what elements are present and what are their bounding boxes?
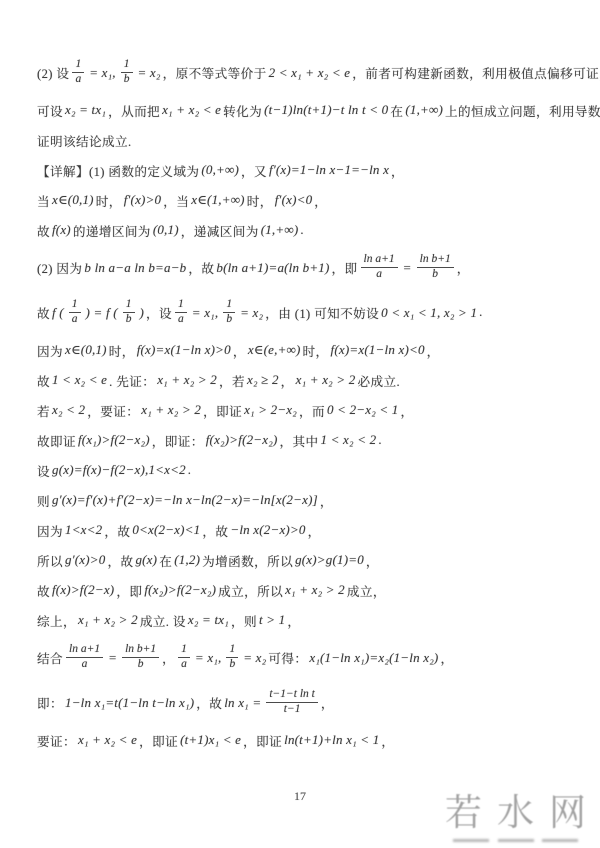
watermark: 若水网 [445, 782, 586, 842]
math-segment: 1 < x₂ < 2 [318, 432, 378, 448]
text-segment: ，故 [188, 258, 214, 277]
math-segment: x∈(0,1) [50, 192, 96, 208]
text-segment: ，故 [107, 551, 133, 570]
math-segment: ln x₁ = [222, 695, 263, 711]
text-segment: . [188, 463, 192, 478]
fraction: ln b+1b [417, 253, 454, 282]
content-line: 结合ln a+1a=ln b+1b，1a= x₁,1b= x₂可得：x₁(1−l… [37, 635, 574, 680]
math-segment: 0<x(2−x)<1 [130, 522, 202, 538]
math-segment: = [401, 260, 414, 276]
math-segment: (0,1) [151, 222, 181, 238]
content-line: (2) 因为b ln a−a ln b=a−b，故b(ln a+1)=a(ln … [37, 245, 574, 290]
math-segment: 0 < 2−x₂ < 1 [325, 402, 401, 418]
text-segment: 时， [96, 191, 122, 210]
text-segment: ，若 [219, 371, 245, 390]
math-segment: x₁ + x₂ > 2 [76, 612, 140, 628]
content-line: 所以g′(x)>0，故g(x)在(1,2)为增函数，所以g(x)>g(1)=0， [37, 545, 574, 575]
text-segment: 的递增区间为 [73, 221, 151, 240]
math-segment: f′(x)>0 [122, 192, 164, 208]
text-segment: ， [391, 161, 404, 180]
math-segment: f′(x)<0 [273, 192, 315, 208]
content-line: 故f(x)>f(2−x)，即f(x₂)>f(2−x₂)成立，所以x₁ + x₂ … [37, 575, 574, 605]
content-line: 故1 < x₂ < e. 先证：x₁ + x₂ > 2，若x₂ ≥ 2，x₁ +… [37, 365, 574, 395]
math-segment: f(x)=x(1−ln x)<0 [329, 342, 427, 358]
watermark-caption [445, 839, 586, 842]
math-segment: x₂ < 2 [50, 402, 87, 418]
text-segment: 故 [37, 581, 50, 600]
math-segment: 1−ln x₁=t(1−ln t−ln x₁) [63, 695, 196, 711]
text-segment: 成立， [347, 581, 386, 600]
math-segment: = x₂ [136, 65, 163, 81]
content-line: 即：1−ln x₁=t(1−ln t−ln x₁)，故ln x₁ =t−1−t … [37, 680, 574, 725]
content-line: 因为1<x<2，故0<x(2−x)<1，故−ln x(2−x)>0， [37, 515, 574, 545]
math-segment: g(x)=f(x)−f(2−x),1<x<2 [50, 462, 188, 478]
text-segment: 成立. 设 [140, 611, 186, 630]
math-segment: g(x) [133, 552, 159, 568]
text-segment: ，设 [146, 303, 172, 322]
fraction: 1a [69, 298, 81, 327]
text-segment: ，即证： [152, 431, 204, 450]
math-segment: x₁ > 2−x₂ [242, 402, 299, 418]
text-segment: (2) 设 [37, 63, 69, 82]
text-segment: ，即证 [203, 401, 242, 420]
text-segment: ， [162, 648, 175, 667]
text-segment: 在 [390, 101, 403, 120]
text-segment: 可设 [37, 101, 63, 120]
math-segment: ln(t+1)+ln x₁ < 1 [282, 732, 381, 748]
text-segment: ， [366, 551, 379, 570]
math-segment: x∈(e,+∞) [246, 342, 303, 358]
text-segment: 因为 [37, 521, 63, 540]
text-segment: 则 [37, 491, 50, 510]
fraction: 1b [121, 58, 133, 87]
text-segment: ，即证 [243, 731, 282, 750]
math-segment: x₁ + x₂ < e [160, 102, 223, 118]
math-segment: g(x)>g(1)=0 [293, 552, 366, 568]
math-segment: x₂ = tx₁ [186, 612, 231, 628]
content-line: 若x₂ < 2，要证：x₁ + x₂ > 2，即证x₁ > 2−x₂，而0 < … [37, 395, 574, 425]
fraction: 1a [72, 58, 84, 87]
text-segment: 为增函数，所以 [202, 551, 293, 570]
text-segment: 证明该结论成立. [37, 131, 132, 150]
math-segment: x₂ = tx₁ [63, 102, 108, 118]
content-line: 设g(x)=f(x)−f(2−x),1<x<2. [37, 455, 574, 485]
math-segment: b ln a−a ln b=a−b [82, 260, 188, 276]
math-segment: (t−1)ln(t+1)−t ln t < 0 [262, 102, 390, 118]
math-segment: 1 < x₂ < e [50, 372, 109, 388]
math-segment: = x₂ [241, 650, 268, 666]
math-segment: f′(x)=1−ln x−1=−ln x [267, 162, 391, 178]
text-segment: 在 [159, 551, 172, 570]
text-segment: 时， [247, 191, 273, 210]
text-segment: . 先证： [109, 371, 155, 390]
text-segment: 故即证 [37, 431, 76, 450]
content-line: 则g′(x)=f′(x)+f′(2−x)=−ln x−ln(2−x)=−ln[x… [37, 485, 574, 515]
math-segment: −ln x(2−x)>0 [228, 522, 307, 538]
text-segment: 上的恒成立问题，利用导数可 [445, 101, 600, 120]
math-segment: ) = f ( [84, 305, 120, 321]
math-segment: f(x)>f(2−x) [50, 582, 116, 598]
text-segment: ， [457, 258, 470, 277]
fraction: ln a+1a [66, 643, 103, 672]
content-line: 当x∈(0,1)时，f′(x)>0，当x∈(1,+∞)时，f′(x)<0， [37, 185, 574, 215]
text-segment: ， [401, 401, 414, 420]
math-segment: f ( [50, 305, 66, 321]
text-segment: 故 [37, 303, 50, 322]
text-segment: 所以 [37, 551, 63, 570]
content-line: 【详解】(1) 函数的定义域为(0,+∞)，又f′(x)=1−ln x−1=−l… [37, 155, 574, 185]
content-line: 可设x₂ = tx₁，从而把x₁ + x₂ < e转化为(t−1)ln(t+1)… [37, 95, 574, 125]
math-segment: f(x₂)>f(2−x₂) [142, 582, 218, 598]
text-segment: . [479, 305, 483, 320]
math-segment: t > 1 [257, 612, 287, 628]
text-segment: . [378, 433, 382, 448]
text-segment: ，故 [202, 521, 228, 540]
fraction: 1a [178, 643, 190, 672]
text-segment: ， [427, 341, 440, 360]
math-segment: (t+1)x₁ < e [178, 732, 243, 748]
text-segment: 【详解】(1) 函数的定义域为 [37, 161, 199, 180]
content-line: 证明该结论成立. [37, 125, 574, 155]
math-segment: = x₁, [193, 650, 224, 666]
content-line: 综上，x₁ + x₂ > 2成立. 设x₂ = tx₁，则t > 1， [37, 605, 574, 635]
document-body: (2) 设1a= x₁,1b= x₂，原不等式等价于2 < x₁ + x₂ < … [0, 0, 600, 755]
fraction: 1b [226, 643, 238, 672]
math-segment: f(x) [50, 222, 73, 238]
text-segment: 可得： [268, 648, 307, 667]
text-segment: ，而 [299, 401, 325, 420]
math-segment: (1,+∞) [259, 222, 301, 238]
content-line: 故f (1a) = f (1b)，设1a= x₁,1b= x₂，由 (1) 可知… [37, 290, 574, 335]
text-segment: 结合 [37, 648, 63, 667]
text-segment: 当 [37, 191, 50, 210]
fraction: t−1−t ln tt−1 [266, 688, 318, 717]
math-segment: g′(x)>0 [63, 552, 107, 568]
text-segment: 要证： [37, 731, 76, 750]
text-segment: 转化为 [223, 101, 262, 120]
text-segment: 故 [37, 221, 50, 240]
math-segment: x₁ + x₂ > 2 [139, 402, 203, 418]
text-segment: ， [281, 371, 294, 390]
math-segment: x∈(1,+∞) [189, 192, 246, 208]
text-segment: ， [321, 693, 334, 712]
math-segment: 1<x<2 [63, 522, 104, 538]
math-segment: 0 < x₁ < 1, x₂ > 1 [379, 305, 479, 321]
math-segment: b(ln a+1)=a(ln b+1) [214, 260, 331, 276]
text-segment: ， [233, 341, 246, 360]
content-line: 故即证f(x₁)>f(2−x₂)，即证：f(x₂)>f(2−x₂)，其中1 < … [37, 425, 574, 455]
text-segment: . [300, 223, 304, 238]
text-segment: ，其中 [280, 431, 319, 450]
text-segment: ，故 [196, 693, 222, 712]
math-segment: = x₁, [87, 65, 118, 81]
math-segment: 2 < x₁ + x₂ < e [267, 65, 353, 81]
text-segment: ，则 [231, 611, 257, 630]
content-line: 故f(x)的递增区间为(0,1)，递减区间为(1,+∞). [37, 215, 574, 245]
math-segment: x₂ ≥ 2 [245, 372, 281, 388]
text-segment: 因为 [37, 341, 63, 360]
text-segment: ，即 [332, 258, 358, 277]
text-segment: ，要证： [87, 401, 139, 420]
text-segment: 故 [37, 371, 50, 390]
text-segment: ，又 [241, 161, 267, 180]
math-segment: ) [138, 305, 147, 321]
math-segment: x₁ + x₂ > 2 [155, 372, 219, 388]
fraction: 1b [123, 298, 135, 327]
math-segment: x₁(1−ln x₁)=x₂(1−ln x₂) [307, 650, 440, 666]
text-segment: 若 [37, 401, 50, 420]
text-segment: 综上， [37, 611, 76, 630]
fraction: ln b+1b [122, 643, 159, 672]
text-segment: ， [308, 521, 321, 540]
text-segment: (2) 因为 [37, 258, 82, 277]
math-segment: = x₁, [190, 305, 221, 321]
math-segment: (1,2) [172, 552, 202, 568]
text-segment: 时， [303, 341, 329, 360]
text-segment: 必成立. [357, 371, 400, 390]
text-segment: ， [314, 191, 327, 210]
content-line: 要证：x₁ + x₂ < e，即证(t+1)x₁ < e，即证ln(t+1)+l… [37, 725, 574, 755]
fraction: 1a [175, 298, 187, 327]
math-segment: x∈(0,1) [63, 342, 109, 358]
text-segment: ，由 (1) 可知不妨设 [265, 303, 379, 322]
text-segment: ，即证 [139, 731, 178, 750]
math-segment: f(x₁)>f(2−x₂) [76, 432, 152, 448]
fraction: 1b [223, 298, 235, 327]
math-segment: x₁ + x₂ > 2 [294, 372, 358, 388]
text-segment: ， [320, 491, 333, 510]
math-segment: = [106, 650, 119, 666]
text-segment: 时， [109, 341, 135, 360]
text-segment: 成立，所以 [218, 581, 283, 600]
text-segment: ，故 [104, 521, 130, 540]
watermark-text: 若水网 [445, 782, 600, 836]
text-segment: 即： [37, 693, 63, 712]
text-segment: ，前者可构建新函数，利用极值点偏移可证，后者 [352, 63, 600, 82]
math-segment: (1,+∞) [403, 102, 445, 118]
text-segment: ， [440, 648, 453, 667]
text-segment: ，从而把 [108, 101, 160, 120]
text-segment: ，当 [163, 191, 189, 210]
content-line: 因为x∈(0,1)时，f(x)=x(1−ln x)>0，x∈(e,+∞)时，f(… [37, 335, 574, 365]
math-segment: g′(x)=f′(x)+f′(2−x)=−ln x−ln(2−x)=−ln[x(… [50, 492, 320, 508]
text-segment: ，递减区间为 [181, 221, 259, 240]
math-segment: f(x)=x(1−ln x)>0 [135, 342, 233, 358]
text-segment: 设 [37, 461, 50, 480]
content-line: (2) 设1a= x₁,1b= x₂，原不等式等价于2 < x₁ + x₂ < … [37, 50, 574, 95]
math-segment: x₁ + x₂ < e [76, 732, 139, 748]
fraction: ln a+1a [361, 253, 398, 282]
text-segment: ，原不等式等价于 [163, 63, 267, 82]
document-page: (2) 设1a= x₁,1b= x₂，原不等式等价于2 < x₁ + x₂ < … [0, 0, 600, 848]
text-segment: ， [287, 611, 300, 630]
math-segment: x₁ + x₂ > 2 [283, 582, 347, 598]
text-segment: ， [381, 731, 394, 750]
math-segment: f(x₂)>f(2−x₂) [204, 432, 280, 448]
math-segment: (0,+∞) [199, 162, 241, 178]
text-segment: ，即 [116, 581, 142, 600]
math-segment: = x₂ [238, 305, 265, 321]
